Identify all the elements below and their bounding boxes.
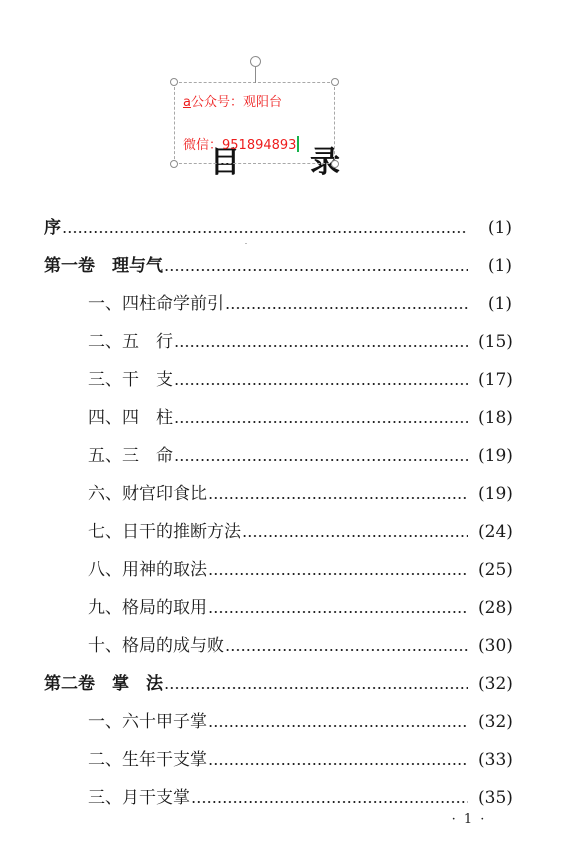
toc-entry-label: 一、六十甲子掌: [88, 706, 207, 738]
toc-entry[interactable]: 三、月干支掌 (35): [88, 782, 512, 814]
toc-entry-page: (1): [478, 250, 512, 282]
dot-leader: [174, 421, 468, 423]
toc-entry-page: (28): [478, 592, 512, 624]
toc-entry-label: 七、日干的推断方法: [88, 516, 241, 548]
dot-leader: [242, 535, 468, 537]
resize-handle-top-right[interactable]: [331, 78, 339, 86]
toc-entry[interactable]: 三、干 支 (17): [88, 364, 512, 396]
toc-entry-page: (35): [478, 782, 512, 814]
dot-leader: [225, 649, 468, 651]
selected-text-box[interactable]: a公众号：观阳台 微信：951894893: [174, 82, 335, 164]
toc-entry-page: (1): [478, 288, 512, 320]
toc-entry-volume-2[interactable]: 第二卷 掌 法 (32): [44, 668, 512, 700]
resize-handle-bottom-left[interactable]: [170, 160, 178, 168]
toc-entry[interactable]: 一、六十甲子掌 (32): [88, 706, 512, 738]
text-cursor: [297, 136, 299, 152]
toc-entry-page: (32): [478, 706, 512, 738]
toc-entry-page: (33): [478, 744, 512, 776]
toc-entry[interactable]: 一、四柱命学前引 (1): [88, 288, 512, 320]
toc-entry-label: 九、格局的取用: [88, 592, 207, 624]
toc-entry-label: 五、三 命: [88, 440, 173, 472]
toc-entry-label: 六、财官印食比: [88, 478, 207, 510]
toc-entry-label: 八、用神的取法: [88, 554, 207, 586]
textbox-line-wechat-text: 微信：951894893: [183, 138, 296, 153]
toc-entry-label: 二、五 行: [88, 326, 173, 358]
toc-entry[interactable]: 六、财官印食比 (19): [88, 478, 512, 510]
toc-entry[interactable]: 九、格局的取用 (28): [88, 592, 512, 624]
toc-entry-label: 四、四 柱: [88, 402, 173, 434]
dot-leader: [62, 231, 468, 233]
dot-leader: [174, 383, 468, 385]
toc-entry-page: (17): [478, 364, 512, 396]
toc-entry-page: (25): [478, 554, 512, 586]
dot-leader: [208, 763, 468, 765]
resize-handle-bottom-right[interactable]: [331, 160, 339, 168]
toc-entry[interactable]: 七、日干的推断方法 (24): [88, 516, 512, 548]
dot-leader: [191, 801, 468, 803]
toc-entry[interactable]: 二、五 行 (15): [88, 326, 512, 358]
textbox-line-account-text: 公众号：观阳台: [191, 95, 282, 110]
toc-entry-label: 十、格局的成与败: [88, 630, 224, 662]
toc-entry-page: (32): [478, 668, 512, 700]
toc-entry-page: (24): [478, 516, 512, 548]
toc-entry-page: (1): [478, 212, 512, 244]
toc-entry-page: (30): [478, 630, 512, 662]
dot-leader: [174, 459, 468, 461]
toc-entry-page: (18): [478, 402, 512, 434]
toc-entry-page: (19): [478, 478, 512, 510]
toc-entry[interactable]: 十、格局的成与败 (30): [88, 630, 512, 662]
textbox-line-wechat[interactable]: 微信：951894893: [183, 136, 299, 155]
dot-leader: [208, 497, 468, 499]
rotate-handle-stem: [255, 67, 256, 83]
toc-entry-page: (19): [478, 440, 512, 472]
dot-leader: [174, 345, 468, 347]
toc-entry[interactable]: 八、用神的取法 (25): [88, 554, 512, 586]
toc-entry-label: 序: [44, 212, 61, 244]
textbox-line-prefix: a: [183, 95, 191, 110]
rotate-handle[interactable]: [250, 56, 261, 67]
toc-entry-page: (15): [478, 326, 512, 358]
dot-leader: [164, 687, 468, 689]
dot-leader: [225, 307, 468, 309]
toc-entry-label: 三、月干支掌: [88, 782, 190, 814]
toc-entry-label: 二、生年干支掌: [88, 744, 207, 776]
toc-entry-volume-1[interactable]: 第一卷 理与气 (1): [44, 250, 512, 282]
toc-entry[interactable]: 五、三 命 (19): [88, 440, 512, 472]
dot-leader: [208, 573, 468, 575]
page-number: · 1 ·: [449, 812, 489, 827]
textbox-line-account[interactable]: a公众号：观阳台: [183, 94, 282, 112]
dot-leader: [164, 269, 468, 271]
toc-entry-label: 第二卷 掌 法: [44, 668, 163, 700]
document-page: 目 录 a公众号：观阳台 微信：951894893 序 (1) 第一卷 理与气 …: [0, 0, 577, 861]
toc-entry-label: 三、干 支: [88, 364, 173, 396]
dot-leader: [208, 611, 468, 613]
toc-entry-label: 第一卷 理与气: [44, 250, 163, 282]
toc-entry-label: 一、四柱命学前引: [88, 288, 224, 320]
resize-handle-top-left[interactable]: [170, 78, 178, 86]
toc-entry[interactable]: 二、生年干支掌 (33): [88, 744, 512, 776]
toc-entry[interactable]: 四、四 柱 (18): [88, 402, 512, 434]
dot-leader: [208, 725, 468, 727]
toc-entry-preface[interactable]: 序 (1): [44, 212, 512, 244]
